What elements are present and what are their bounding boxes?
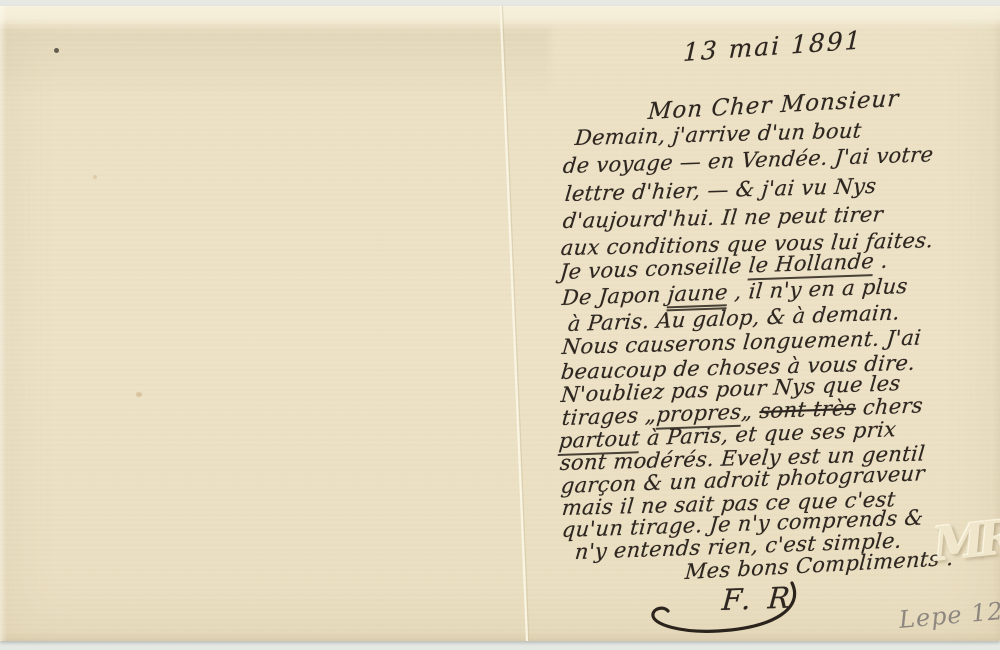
paper-top-shadow bbox=[0, 29, 550, 99]
blind-stamp-monogram: MR bbox=[930, 510, 1000, 573]
paper-spot bbox=[93, 175, 97, 179]
paper-spot bbox=[136, 392, 142, 397]
letter-scan: 13 mai 1891 Mon Cher Monsieur Demain, j'… bbox=[0, 0, 1000, 650]
paper-left-edge bbox=[0, 6, 7, 641]
paper-spot bbox=[54, 48, 59, 53]
text-segment: „ bbox=[740, 399, 760, 424]
signature-initials: F. R bbox=[721, 580, 795, 617]
text-segment: . bbox=[873, 249, 889, 274]
text-segment: chers bbox=[855, 393, 924, 419]
text-segment: De Japon bbox=[561, 282, 669, 310]
